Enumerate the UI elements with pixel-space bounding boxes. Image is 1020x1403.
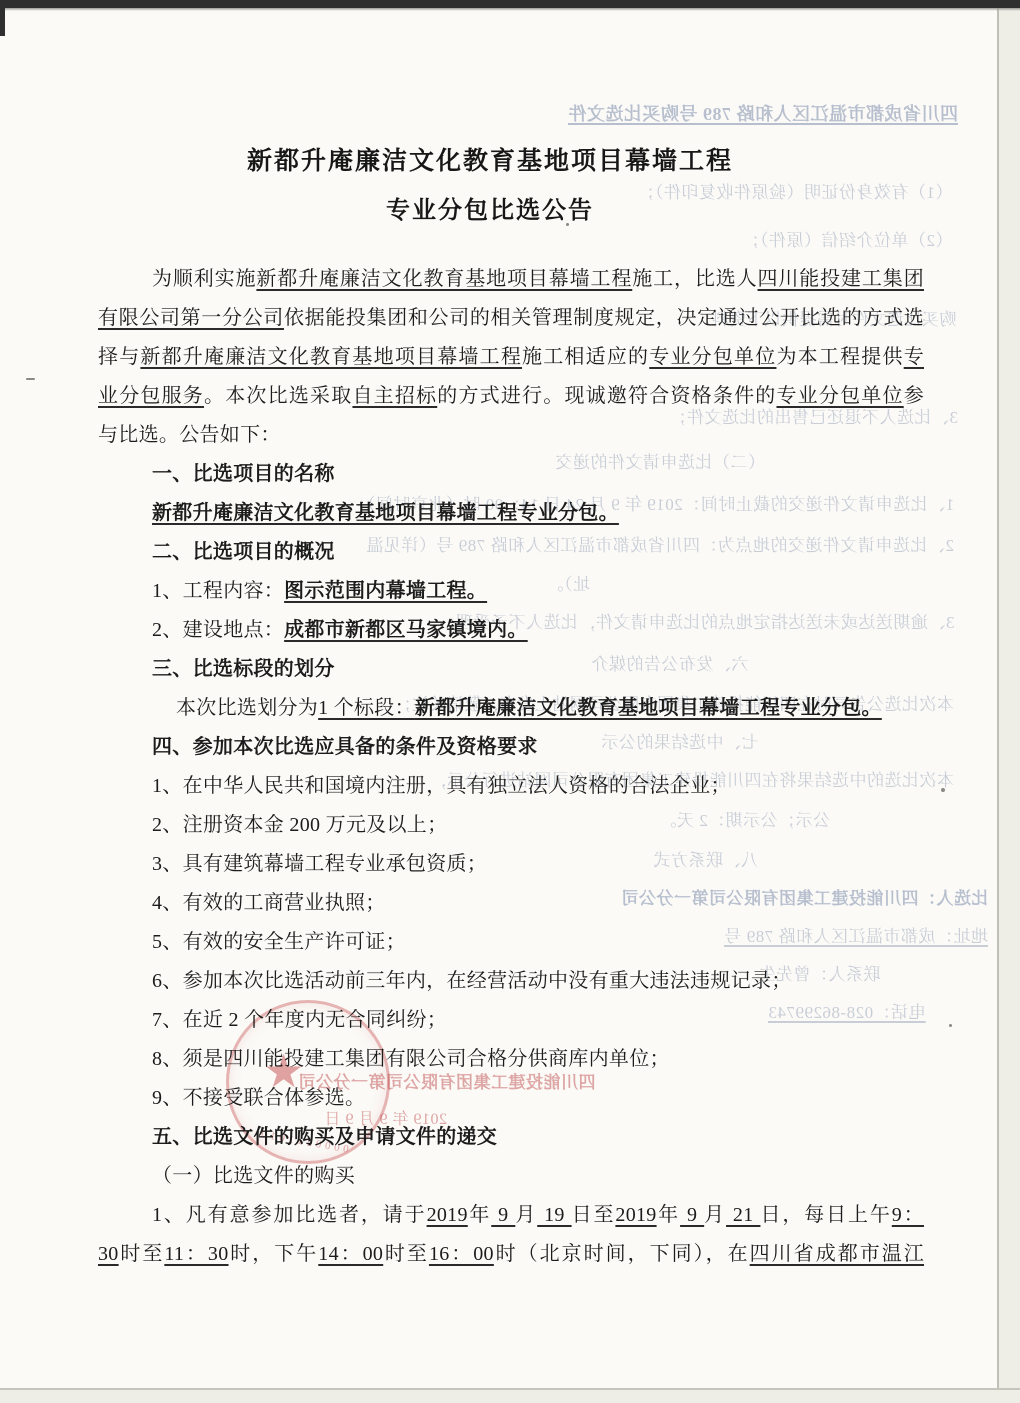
text-segment: 择与 [98, 346, 140, 368]
text-segment: 时（北京时间，下同），在 [494, 1243, 750, 1265]
document-line: 8、须是四川能投建工集团有限公司合格分供商库内单位； [98, 1040, 924, 1079]
document-line: 5、有效的安全生产许可证； [98, 923, 924, 962]
bleedthrough-line: （2）单位介绍信（原件）； [742, 226, 953, 251]
text-segment: 1、凡有意参加比选者，请于 [152, 1204, 427, 1226]
document-line: 6、参加本次比选活动前三年内，在经营活动中没有重大违法违规记录； [98, 962, 924, 1001]
text-segment: 2019 [427, 1204, 468, 1226]
text-segment: 日，每日上午 [760, 1204, 891, 1226]
text-segment: 9： [892, 1204, 924, 1226]
text-segment: 2019 [615, 1204, 656, 1226]
text-segment: 5、有效的安全生产许可证； [152, 931, 406, 953]
bleedthrough-line: 四川省成都市温江区人和路 789 号购买比选文件 [568, 100, 958, 126]
scanned-document-page: 四川省成都市温江区人和路 789 号购买比选文件（1）有效身份证明（验原件收复印… [0, 0, 1020, 1403]
text-segment: 9 [491, 1204, 515, 1226]
text-segment: 三、比选标段的划分 [152, 658, 335, 680]
text-segment: 3、具有建筑幕墙工程专业承包资质； [152, 853, 487, 875]
document-line: 7、在近 2 个年度内无合同纠纷； [98, 1001, 924, 1040]
document-line: 新都升庵廉洁文化教育基地项目幕墙工程专业分包。 [98, 494, 924, 533]
document-line: 2、注册资本金 200 万元及以上； [98, 806, 924, 845]
text-segment: 14：00 [318, 1243, 383, 1265]
text-segment: 新都升庵廉洁文化教育基地项目幕墙工程 [256, 268, 632, 290]
text-segment: 月 [515, 1204, 537, 1226]
document-line: 五、比选文件的购买及申请文件的递交 [98, 1118, 924, 1157]
text-segment: 19 [537, 1204, 571, 1226]
text-segment: 时，下午 [229, 1243, 319, 1265]
text-segment: 6、参加本次比选活动前三年内，在经营活动中没有重大违法违规记录； [152, 970, 792, 992]
text-segment: 自主招标 [352, 385, 437, 407]
scan-edge-top-shadow [0, 8, 1020, 11]
document-line: 四、参加本次比选应具备的条件及资格要求 [98, 728, 924, 767]
document-line: 业分包服务。本次比选采取自主招标的方式进行。现诚邀符合资格条件的专业分包单位参 [98, 377, 924, 416]
text-segment: 与比选。公告如下： [98, 424, 281, 446]
document-line: 9、不接受联合体参选。 [98, 1079, 924, 1118]
text-segment: 1、在中华人民共和国境内注册，具有独立法人资格的合法企业； [152, 775, 731, 797]
document-title-line2: 专业分包比选公告 [0, 190, 980, 225]
text-segment: 4、有效的工商营业执照； [152, 892, 386, 914]
text-segment: 年 [657, 1204, 680, 1226]
text-segment: 业分包服务 [98, 385, 204, 407]
text-segment: 的方式进行。现诚邀符合资格条件的 [437, 385, 776, 407]
scan-edge-right [997, 0, 1020, 1403]
text-segment: 7、在近 2 个年度内无合同纠纷； [152, 1009, 447, 1031]
text-segment: 2、注册资本金 200 万元及以上； [152, 814, 447, 836]
text-segment: 为本工程提供 [776, 346, 903, 368]
text-segment: 参 [904, 385, 924, 407]
text-segment: 年 [468, 1204, 491, 1226]
text-segment: 30 [98, 1243, 119, 1265]
text-segment: 依据能投集团和公司的相关管理制度规定，决定通过公开比选的方式选 [284, 307, 924, 329]
document-line: 一、比选项目的名称 [98, 455, 924, 494]
document-line: 与比选。公告如下： [98, 416, 924, 455]
text-segment: 二、比选项目的概况 [152, 541, 335, 563]
document-line: 1、在中华人民共和国境内注册，具有独立法人资格的合法企业； [98, 767, 924, 806]
text-segment: 为顺利实施 [152, 268, 256, 290]
text-segment: 有限公司第一分公司 [98, 307, 284, 329]
document-body: 为顺利实施新都升庵廉洁文化教育基地项目幕墙工程施工，比选人四川能投建工集团有限公… [98, 260, 924, 1274]
document-line: 二、比选项目的概况 [98, 533, 924, 572]
text-segment: 五、比选文件的购买及申请文件的递交 [152, 1126, 497, 1148]
text-segment: 16：00 [429, 1243, 494, 1265]
text-segment: （一）比选文件的购买 [152, 1165, 355, 1187]
document-line: 三、比选标段的划分 [98, 650, 924, 689]
scan-edge-bottom [0, 1388, 1020, 1403]
scan-speck [26, 378, 35, 380]
text-segment: 9 [680, 1204, 704, 1226]
document-line: 本次比选划分为1 个标段：新都升庵廉洁文化教育基地项目幕墙工程专业分包。 [98, 689, 924, 728]
text-segment: 时至 [119, 1243, 165, 1265]
text-segment: 本次比选划分为 [176, 697, 318, 719]
text-segment: 21 [726, 1204, 760, 1226]
document-line: 为顺利实施新都升庵廉洁文化教育基地项目幕墙工程施工，比选人四川能投建工集团 [98, 260, 924, 299]
document-line: 择与新都升庵廉洁文化教育基地项目幕墙工程施工相适应的专业分包单位为本工程提供专 [98, 338, 924, 377]
text-segment: 2、建设地点： [152, 619, 284, 641]
text-segment: 图示范围内幕墙工程。 [284, 580, 487, 602]
document-line: 有限公司第一分公司依据能投集团和公司的相关管理制度规定，决定通过公开比选的方式选 [98, 299, 924, 338]
scan-edge-left [0, 0, 5, 36]
scan-speck [566, 223, 569, 226]
text-segment: 四川省成都市温江 [750, 1243, 924, 1265]
text-segment: 四川能投建工集团 [758, 268, 924, 290]
text-segment: 成都市新都区马家镇境内。 [284, 619, 528, 641]
scan-speck [941, 788, 945, 792]
document-title-line1: 新都升庵廉洁文化教育基地项目幕墙工程 [0, 141, 980, 177]
document-line: 1、工程内容：图示范围内幕墙工程。 [98, 572, 924, 611]
document-line: （一）比选文件的购买 [98, 1157, 924, 1196]
document-line: 1、凡有意参加比选者，请于2019年 9 月 19 日至2019年 9 月 21… [98, 1196, 924, 1235]
text-segment: 9、不接受联合体参选。 [152, 1087, 365, 1109]
text-segment: 施工相适应的 [522, 346, 649, 368]
text-segment: 1、工程内容： [152, 580, 284, 602]
document-line: 3、具有建筑幕墙工程专业承包资质； [98, 845, 924, 884]
document-line: 4、有效的工商营业执照； [98, 884, 924, 923]
text-segment: 8、须是四川能投建工集团有限公司合格分供商库内单位； [152, 1048, 670, 1070]
text-segment: 时至 [383, 1243, 429, 1265]
text-segment: 月 [704, 1204, 726, 1226]
text-segment: 四、参加本次比选应具备的条件及资格要求 [152, 736, 538, 758]
text-segment: 新都升庵廉洁文化教育基地项目幕墙工程专业分包。 [415, 697, 882, 719]
text-segment: 11：30 [164, 1243, 228, 1265]
document-line: 30时至11：30时，下午14：00时至16：00时（北京时间，下同），在四川省… [98, 1235, 924, 1274]
text-segment: 新都升庵廉洁文化教育基地项目幕墙工程 [140, 346, 522, 368]
text-segment: 1 个标段： [318, 697, 415, 719]
text-segment: 日至 [572, 1204, 616, 1226]
text-segment: 专业分包单位 [649, 346, 776, 368]
text-segment: 施工，比选人 [632, 268, 757, 290]
text-segment: 新都升庵廉洁文化教育基地项目幕墙工程专业分包。 [152, 502, 619, 524]
scan-speck [949, 1024, 952, 1027]
text-segment: 一、比选项目的名称 [152, 463, 335, 485]
text-segment: 。本次比选采取 [204, 385, 352, 407]
document-line: 2、建设地点：成都市新都区马家镇境内。 [98, 611, 924, 650]
text-segment: 专 [904, 346, 924, 368]
text-segment: 专业分包单位 [776, 385, 903, 407]
scan-edge-top [0, 0, 1020, 8]
